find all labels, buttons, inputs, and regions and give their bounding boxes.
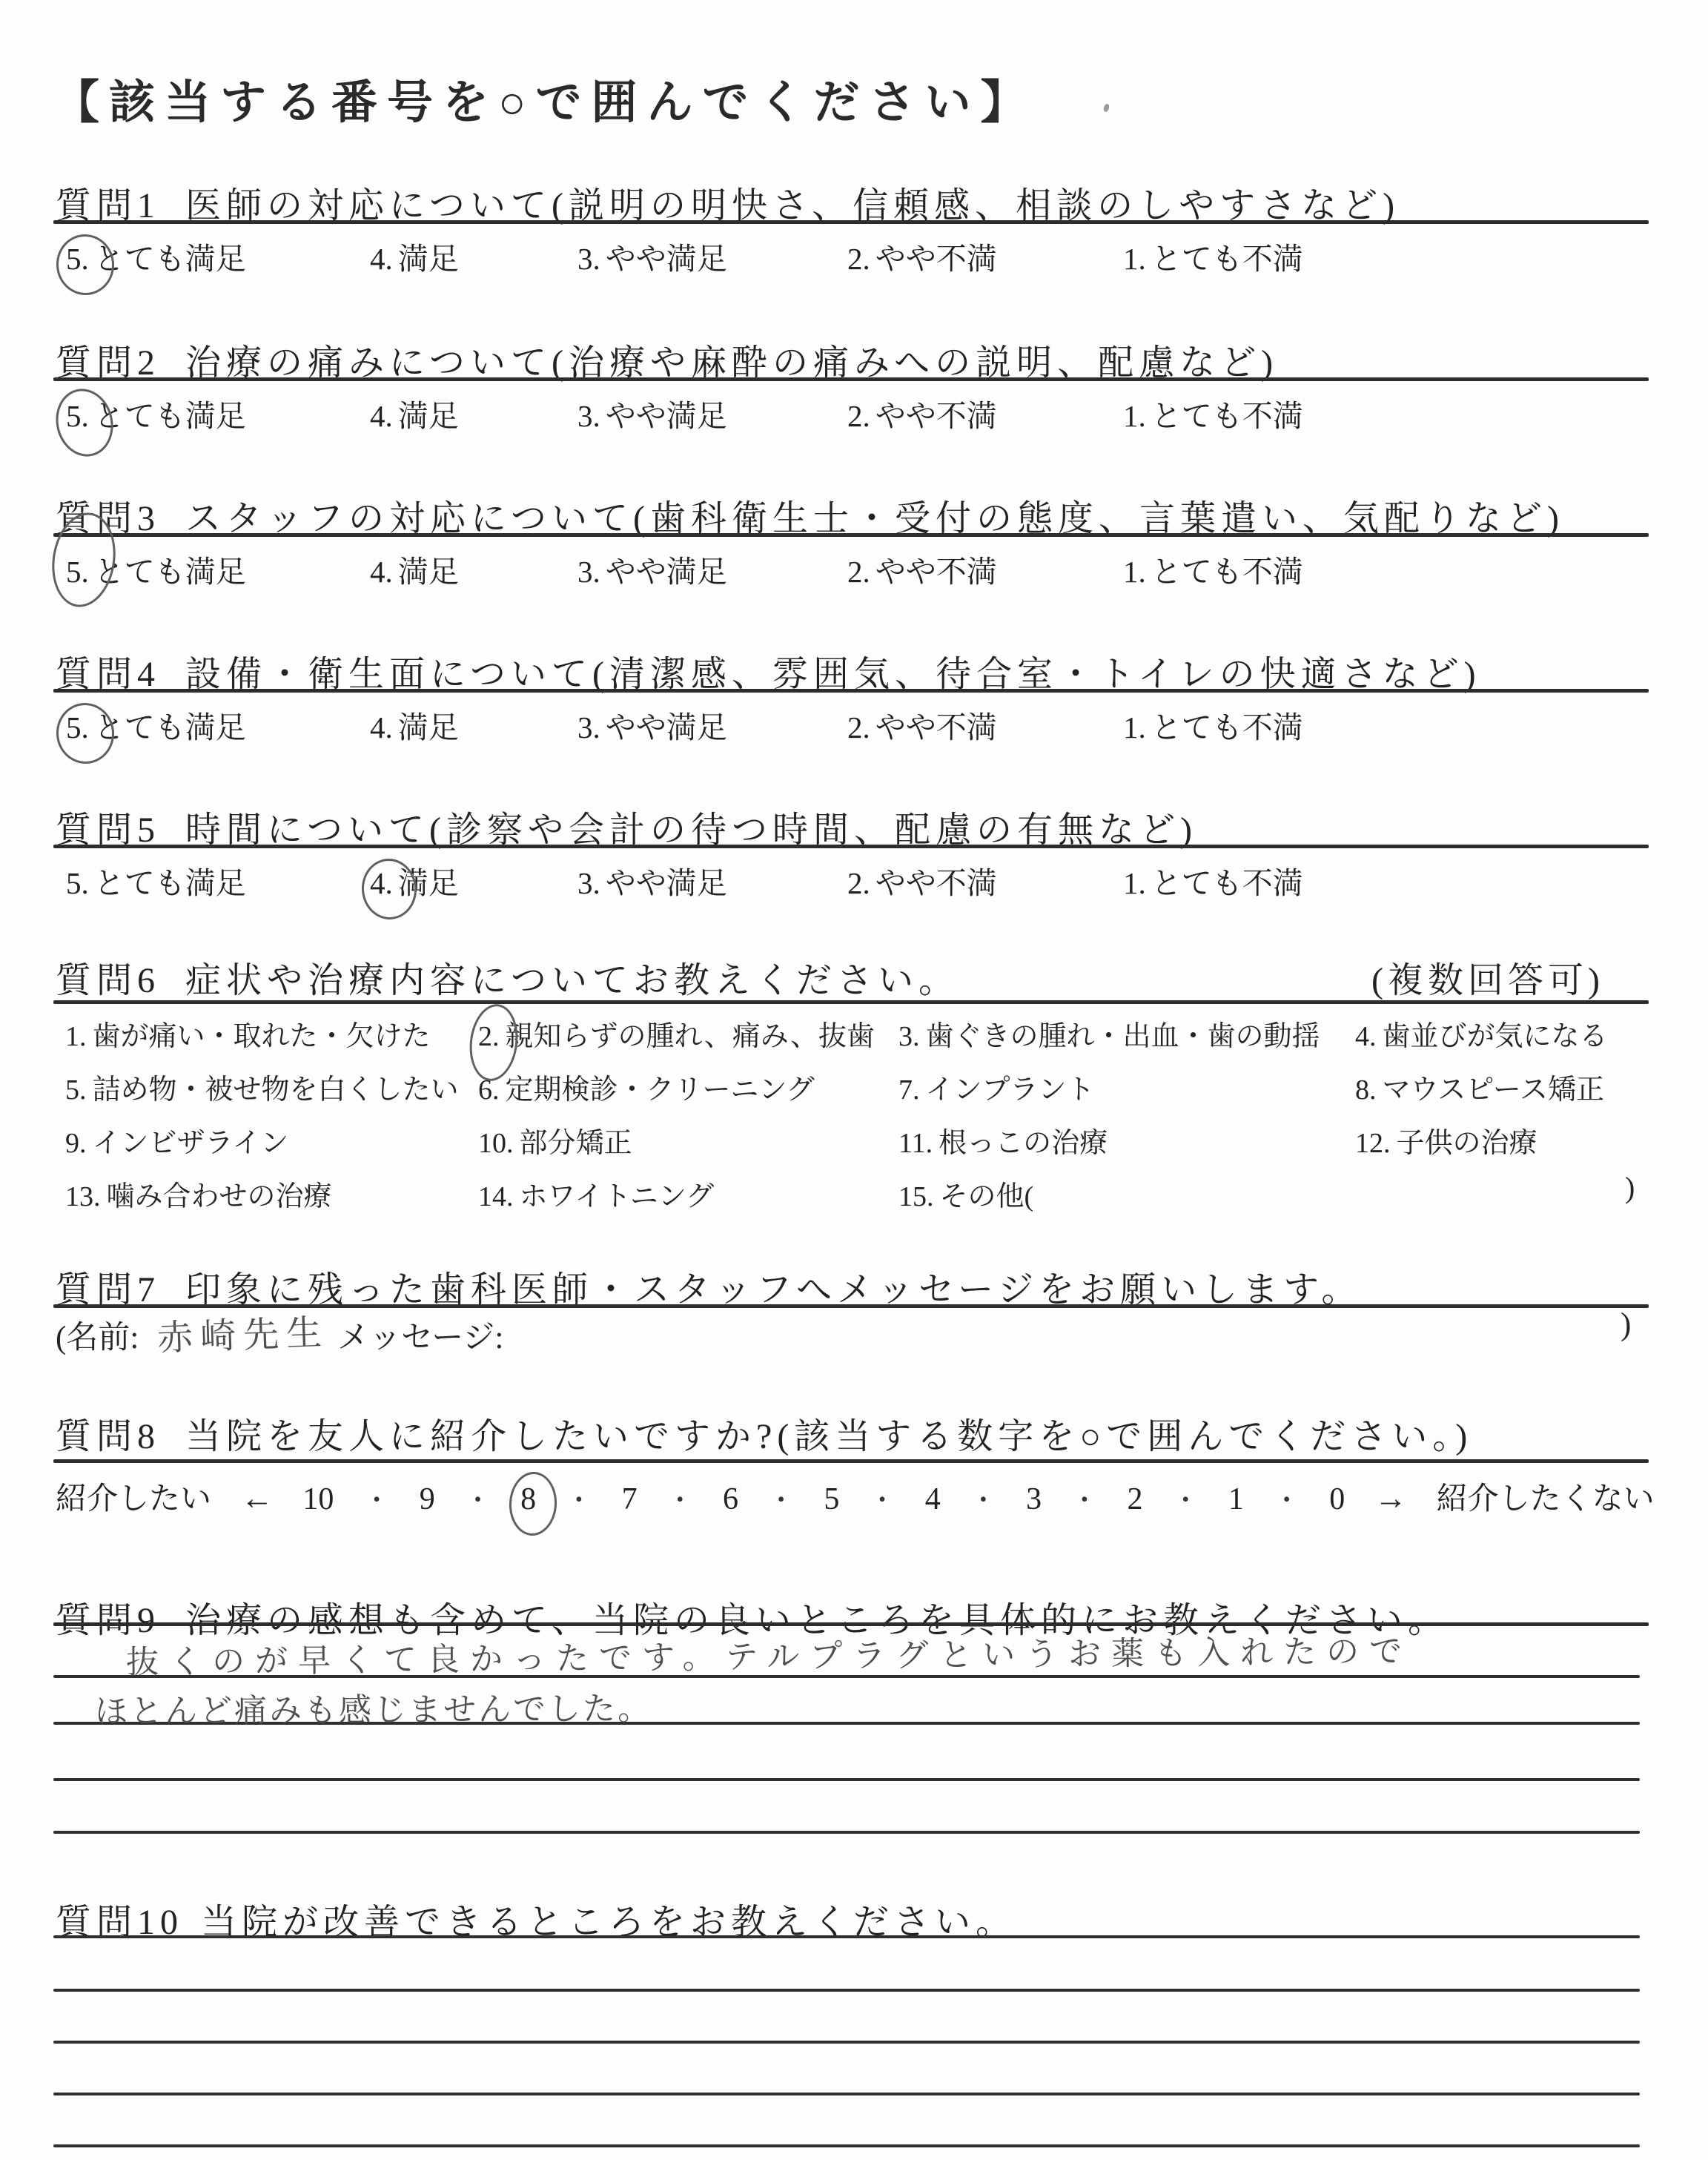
q2-option-5-label: とても満足 [94, 399, 246, 433]
rule-under-question-3 [53, 533, 1649, 537]
q5-option-5: 5.とても満足 [66, 859, 246, 902]
q2-option-1-label: とても不満 [1151, 399, 1303, 433]
q6-item-11: 11.根っこの治療 [898, 1120, 1108, 1160]
q5-option-3-label: やや満足 [606, 866, 727, 900]
q4-option-2-number: 2. [847, 710, 870, 744]
q6-items-row-1: 1.歯が痛い・取れた・欠けた 2.親知らずの腫れ、痛み、抜歯 3.歯ぐきの腫れ・… [0, 1013, 1708, 1057]
question-3-options: 5.とても満足 4.満足 3.やや満足 2.やや不満 1.とても不満 [56, 547, 1657, 595]
q3-circled-answer-5: 5. [66, 554, 89, 589]
q9-handwritten-answer-line-1: 抜くのが早くて良かったです。テルプラグというお薬も入れたので [126, 1624, 1413, 1682]
q8-dot-icon: ・ [1071, 1479, 1098, 1517]
q6-item-6-label: 定期検診・クリーニング [506, 1074, 815, 1106]
q3-option-2-number: 2. [847, 555, 870, 589]
q4-option-3: 3.やや満足 [577, 703, 727, 747]
q2-option-2-number: 2. [847, 399, 870, 433]
q4-option-3-number: 3. [577, 710, 600, 744]
q8-scale-7: 7 [622, 1482, 638, 1517]
q10-answer-rule-3 [53, 2041, 1640, 2044]
q5-option-3: 3.やや満足 [577, 859, 727, 902]
q6-item-8: 8.マウスピース矯正 [1355, 1066, 1604, 1107]
q8-dot-icon: ・ [1274, 1479, 1300, 1517]
q8-dot-icon: ・ [363, 1479, 390, 1517]
q5-option-3-number: 3. [577, 866, 600, 900]
q5-option-2-label: やや不満 [875, 866, 997, 900]
q4-option-1-number: 1. [1123, 710, 1146, 744]
q6-other-close-paren: ) [1625, 1170, 1635, 1205]
q6-item-13-label: 噛み合わせの治療 [107, 1181, 332, 1212]
q4-option-2: 2.やや不満 [847, 703, 997, 747]
q1-option-1: 1.とても不満 [1123, 234, 1303, 278]
q6-item-14-number: 14. [478, 1181, 514, 1212]
q6-item-1-number: 1. [65, 1021, 87, 1052]
q1-option-4-number: 4. [370, 242, 393, 276]
q3-option-3-label: やや満足 [606, 555, 727, 589]
question-5-options: 5.とても満足 4.満足 3.やや満足 2.やや不満 1.とても不満 [56, 859, 1657, 906]
q3-option-1-number: 1. [1123, 555, 1146, 589]
q1-option-5: 5.とても満足 [66, 234, 246, 278]
q7-name-label: (名前: [56, 1312, 139, 1358]
q5-option-1-number: 1. [1123, 866, 1146, 900]
q6-item-15: 15.その他( [898, 1173, 1033, 1214]
q6-item-10-number: 10. [478, 1128, 514, 1159]
question-6-number: 質問6 [56, 961, 160, 1000]
q3-option-2-label: やや不満 [875, 555, 997, 589]
question-8-number: 質問8 [56, 1417, 160, 1456]
question-9-number: 質問9 [56, 1601, 160, 1640]
q7-handwritten-name: 赤崎先生 [156, 1304, 330, 1361]
q6-item-11-label: 根っこの治療 [939, 1128, 1108, 1159]
q10-answer-rule-2 [53, 1989, 1640, 1992]
q8-scale-2: 2 [1128, 1482, 1143, 1517]
q3-option-5: 5.とても満足 [66, 547, 246, 591]
q8-dot-icon: ・ [768, 1479, 795, 1517]
q6-circled-item-2: 2. [478, 1020, 500, 1053]
q1-option-2-number: 2. [847, 242, 870, 276]
q5-option-2-number: 2. [847, 866, 870, 900]
q4-option-4: 4.満足 [370, 703, 459, 747]
q6-item-5-number: 5. [65, 1074, 87, 1106]
q8-dot-icon: ・ [869, 1479, 896, 1517]
q2-option-5: 5.とても満足 [66, 392, 246, 435]
q6-item-14: 14.ホワイトニング [478, 1173, 714, 1214]
question-8-heading: 質問8当院を友人に紹介したいですか?(該当する数字を○で囲んでください。) [56, 1407, 1472, 1459]
q3-option-5-label: とても満足 [94, 555, 246, 589]
q8-scale-1: 1 [1228, 1482, 1244, 1517]
q4-option-1: 1.とても不満 [1123, 703, 1303, 747]
q6-items-row-4: 13.噛み合わせの治療 14.ホワイトニング 15.その他( [0, 1173, 1708, 1218]
q6-item-9-number: 9. [65, 1128, 87, 1159]
rule-under-question-1 [53, 220, 1649, 224]
q8-scale-9: 9 [420, 1482, 435, 1517]
q9-handwritten-answer-line-2: ほとんど痛みも感じませんでした。 [95, 1682, 652, 1732]
q8-dot-icon: ・ [566, 1479, 592, 1517]
q6-item-13-number: 13. [65, 1181, 101, 1212]
q8-dot-icon: ・ [464, 1479, 491, 1517]
q4-option-5-label: とても満足 [94, 710, 246, 744]
question-6-heading: 質問6症状や治療内容についてお教えください。 [56, 951, 959, 1003]
question-1-options: 5.とても満足 4.満足 3.やや満足 2.やや不満 1.とても不満 [56, 234, 1657, 282]
q7-close-paren: ) [1621, 1307, 1631, 1343]
q8-right-label: 紹介したくない [1437, 1474, 1655, 1519]
q9-answer-rule-3 [53, 1778, 1640, 1781]
q6-item-8-number: 8. [1355, 1074, 1377, 1106]
q1-option-1-label: とても不満 [1151, 242, 1303, 276]
rule-under-question-6 [53, 1000, 1649, 1004]
q1-option-1-number: 1. [1123, 242, 1146, 276]
q8-dot-icon: ・ [1172, 1479, 1199, 1517]
q8-dot-icon: ・ [970, 1479, 996, 1517]
q6-item-7: 7.インプラント [898, 1066, 1095, 1107]
q6-item-5-label: 詰め物・被せ物を白くしたい [93, 1074, 459, 1106]
q6-item-7-number: 7. [898, 1074, 920, 1106]
q1-option-4-label: 満足 [398, 242, 459, 276]
q8-recommend-scale: 紹介したい ← 10 ・ 9 ・ 8 ・ 7 ・ 6 ・ 5 ・ 4 ・ 3 ・… [56, 1474, 1655, 1519]
q4-option-4-number: 4. [370, 710, 393, 744]
q1-option-3-number: 3. [577, 242, 600, 276]
q6-item-3-label: 歯ぐきの腫れ・出血・歯の動揺 [926, 1021, 1320, 1052]
q5-option-2: 2.やや不満 [847, 859, 997, 902]
q8-scale-5: 5 [824, 1482, 839, 1517]
q1-option-3-label: やや満足 [606, 242, 727, 276]
q6-item-12: 12.子供の治療 [1355, 1120, 1537, 1160]
q4-circled-answer-5: 5. [66, 710, 89, 745]
q8-circled-scale-8: 8 [520, 1482, 536, 1517]
q6-item-13: 13.噛み合わせの治療 [65, 1173, 332, 1214]
q6-item-15-label: その他( [940, 1181, 1034, 1212]
q8-scale-4: 4 [925, 1482, 941, 1517]
q2-option-1-number: 1. [1123, 399, 1146, 433]
q8-dot-icon: ・ [666, 1479, 693, 1517]
q3-option-1-label: とても不満 [1151, 555, 1303, 589]
q6-item-5: 5.詰め物・被せ物を白くしたい [65, 1066, 459, 1107]
q2-option-4: 4.満足 [370, 392, 459, 435]
q6-item-3-number: 3. [898, 1021, 920, 1052]
question-6-multi-answer-note: (複数回答可) [1371, 951, 1604, 1003]
q5-option-1-label: とても不満 [1151, 866, 1303, 900]
q7-message-label: メッセージ: [337, 1312, 503, 1358]
q4-option-1-label: とても不満 [1151, 710, 1303, 744]
q10-answer-rule-4 [53, 2093, 1640, 2095]
q6-item-1: 1.歯が痛い・取れた・欠けた [65, 1013, 431, 1054]
q8-scale-6: 6 [723, 1482, 738, 1517]
q6-item-7-label: インプラント [926, 1074, 1095, 1106]
q3-option-3: 3.やや満足 [577, 547, 727, 591]
question-4-options: 5.とても満足 4.満足 3.やや満足 2.やや不満 1.とても不満 [56, 703, 1657, 750]
q3-option-4: 4.満足 [370, 547, 459, 591]
q8-scale-10: 10 [302, 1482, 334, 1517]
q1-option-3: 3.やや満足 [577, 234, 727, 278]
q2-circled-answer-5: 5. [66, 398, 89, 434]
q6-item-1-label: 歯が痛い・取れた・欠けた [93, 1021, 431, 1052]
q6-item-10-label: 部分矯正 [520, 1128, 632, 1159]
q6-item-4: 4.歯並びが気になる [1355, 1013, 1608, 1054]
q6-item-12-number: 12. [1355, 1128, 1391, 1159]
q6-item-14-label: ホワイトニング [520, 1181, 715, 1212]
q4-option-4-label: 満足 [398, 710, 459, 744]
q2-option-4-label: 満足 [398, 399, 459, 433]
form-title: 【該当する番号を○で囲んでください】 [53, 65, 1036, 131]
rule-under-question-8 [53, 1459, 1649, 1463]
q9-answer-rule-4 [53, 1831, 1640, 1834]
q10-answer-rule-1 [53, 1935, 1640, 1938]
q6-item-6: 6.定期検診・クリーニング [478, 1066, 815, 1107]
q2-option-1: 1.とても不満 [1123, 392, 1303, 435]
q6-item-12-label: 子供の治療 [1397, 1128, 1537, 1159]
q10-answer-rule-5 [53, 2144, 1640, 2147]
q1-option-2-label: やや不満 [875, 242, 997, 276]
q6-item-11-number: 11. [898, 1128, 933, 1159]
q2-option-3-number: 3. [577, 399, 600, 433]
q1-option-5-label: とても満足 [94, 242, 246, 276]
q5-option-1: 1.とても不満 [1123, 859, 1303, 902]
q1-option-4: 4.満足 [370, 234, 459, 278]
scan-artifact-dot [1102, 103, 1110, 113]
q2-option-3-label: やや満足 [606, 399, 727, 433]
q6-item-4-label: 歯並びが気になる [1383, 1021, 1608, 1052]
q2-option-2: 2.やや不満 [847, 392, 997, 435]
q4-option-3-label: やや満足 [606, 710, 727, 744]
q8-left-label: 紹介したい [56, 1474, 211, 1519]
q3-option-3-number: 3. [577, 555, 600, 589]
question-6-title: 症状や治療内容についてお教えください。 [185, 961, 959, 1000]
q1-option-2: 2.やや不満 [847, 234, 997, 278]
rule-under-question-5 [53, 845, 1649, 848]
q8-scale-3: 3 [1026, 1482, 1042, 1517]
q3-option-4-label: 満足 [398, 555, 459, 589]
q6-item-10: 10.部分矯正 [478, 1120, 632, 1160]
survey-form-scan: 【該当する番号を○で囲んでください】 質問1医師の対応について(説明の明快さ、信… [0, 0, 1708, 2160]
q3-option-4-number: 4. [370, 555, 393, 589]
q1-circled-answer-5: 5. [66, 241, 89, 277]
q6-items-row-3: 9.インビザライン 10.部分矯正 11.根っこの治療 12.子供の治療 [0, 1120, 1708, 1164]
q4-option-5: 5.とても満足 [66, 703, 246, 747]
q6-item-9-label: インビザライン [93, 1128, 289, 1159]
q6-item-9: 9.インビザライン [65, 1120, 288, 1160]
rule-under-question-2 [53, 377, 1649, 381]
q3-option-2: 2.やや不満 [847, 547, 997, 591]
question-2-options: 5.とても満足 4.満足 3.やや満足 2.やや不満 1.とても不満 [56, 392, 1657, 439]
q6-items-row-2: 5.詰め物・被せ物を白くしたい 6.定期検診・クリーニング 7.インプラント 8… [0, 1066, 1708, 1111]
q3-option-1: 1.とても不満 [1123, 547, 1303, 591]
q2-option-2-label: やや不満 [875, 399, 997, 433]
q2-option-4-number: 4. [370, 399, 393, 433]
q6-item-8-label: マウスピース矯正 [1383, 1074, 1604, 1106]
q5-option-5-label: とても満足 [94, 866, 246, 900]
q6-item-15-number: 15. [898, 1181, 934, 1212]
q8-right-arrow-icon: → [1374, 1479, 1407, 1517]
q4-option-2-label: やや不満 [875, 710, 997, 744]
q6-item-4-number: 4. [1355, 1021, 1377, 1052]
q6-item-3: 3.歯ぐきの腫れ・出血・歯の動揺 [898, 1013, 1320, 1054]
q8-scale-0: 0 [1329, 1482, 1345, 1517]
q5-option-4: 4.満足 [370, 859, 459, 902]
q5-option-5-number: 5. [66, 866, 89, 900]
q2-option-3: 3.やや満足 [577, 392, 727, 435]
q5-circled-answer-4: 4. [370, 865, 393, 901]
q8-left-arrow-icon: ← [241, 1479, 274, 1517]
rule-under-question-4 [53, 689, 1649, 693]
question-8-title: 当院を友人に紹介したいですか?(該当する数字を○で囲んでください。) [185, 1417, 1472, 1456]
q6-item-2: 2.親知らずの腫れ、痛み、抜歯 [478, 1013, 875, 1054]
q6-item-2-label: 親知らずの腫れ、痛み、抜歯 [506, 1021, 875, 1052]
